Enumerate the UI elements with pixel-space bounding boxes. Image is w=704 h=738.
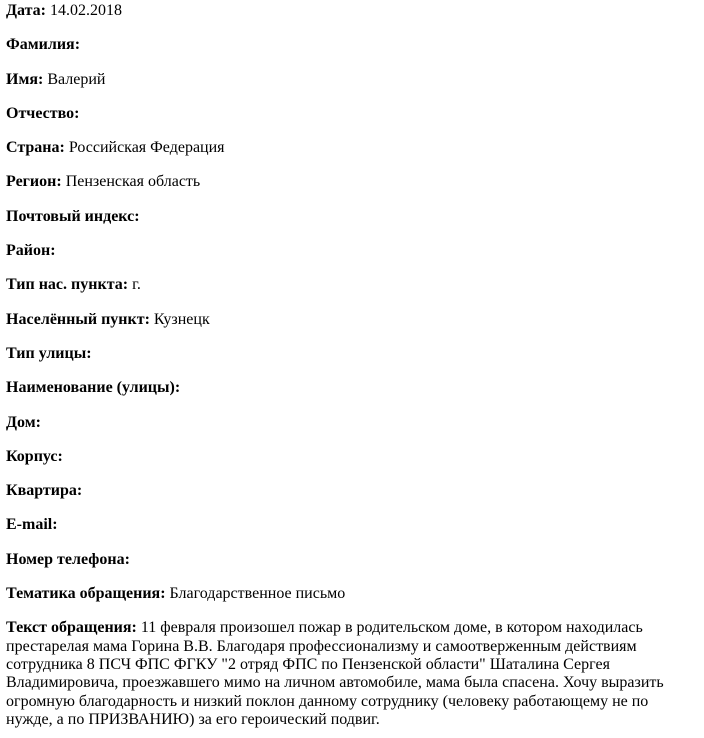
field-label: Имя: bbox=[6, 71, 43, 88]
field-value: Российская Федерация bbox=[69, 139, 225, 156]
field-message: Текст обращения: 11 февраля произошел по… bbox=[6, 619, 698, 729]
field-value: Благодарственное письмо bbox=[170, 585, 346, 602]
field-apartment: Квартира: bbox=[6, 482, 698, 500]
field-region: Регион: Пензенская область bbox=[6, 173, 698, 191]
field-date: Дата: 14.02.2018 bbox=[6, 2, 698, 20]
field-value: 14.02.2018 bbox=[50, 2, 122, 19]
field-label: Тип улицы: bbox=[6, 345, 92, 362]
field-value: Кузнецк bbox=[154, 311, 210, 328]
field-district: Район: bbox=[6, 242, 698, 260]
field-label: Квартира: bbox=[6, 482, 82, 499]
field-surname: Фамилия: bbox=[6, 36, 698, 54]
field-label: E-mail: bbox=[6, 516, 58, 533]
field-label: Страна: bbox=[6, 139, 65, 156]
field-street-type: Тип улицы: bbox=[6, 345, 698, 363]
field-label: Почтовый индекс: bbox=[6, 208, 140, 225]
field-street-name: Наименование (улицы): bbox=[6, 379, 698, 397]
field-label: Текст обращения: bbox=[6, 619, 137, 636]
field-postal-code: Почтовый индекс: bbox=[6, 208, 698, 226]
field-topic: Тематика обращения: Благодарственное пис… bbox=[6, 585, 698, 603]
field-label: Район: bbox=[6, 242, 56, 259]
field-building: Корпус: bbox=[6, 448, 698, 466]
field-label: Номер телефона: bbox=[6, 551, 130, 568]
field-house: Дом: bbox=[6, 414, 698, 432]
field-label: Наименование (улицы): bbox=[6, 379, 180, 396]
field-label: Дата: bbox=[6, 2, 46, 19]
field-label: Тип нас. пункта: bbox=[6, 276, 128, 293]
field-email: E-mail: bbox=[6, 516, 698, 534]
field-label: Населённый пункт: bbox=[6, 311, 150, 328]
field-label: Фамилия: bbox=[6, 36, 80, 53]
field-value: Валерий bbox=[47, 71, 105, 88]
field-settlement-type: Тип нас. пункта: г. bbox=[6, 276, 698, 294]
field-settlement: Населённый пункт: Кузнецк bbox=[6, 311, 698, 329]
field-phone: Номер телефона: bbox=[6, 551, 698, 569]
field-label: Тематика обращения: bbox=[6, 585, 166, 602]
appeal-details: Дата: 14.02.2018 Фамилия: Имя: Валерий О… bbox=[0, 0, 704, 729]
field-label: Регион: bbox=[6, 173, 62, 190]
field-value: Пензенская область bbox=[66, 173, 201, 190]
field-name: Имя: Валерий bbox=[6, 71, 698, 89]
field-label: Корпус: bbox=[6, 448, 63, 465]
field-label: Дом: bbox=[6, 414, 41, 431]
field-country: Страна: Российская Федерация bbox=[6, 139, 698, 157]
field-patronymic: Отчество: bbox=[6, 105, 698, 123]
field-label: Отчество: bbox=[6, 105, 79, 122]
field-value: г. bbox=[132, 276, 141, 293]
